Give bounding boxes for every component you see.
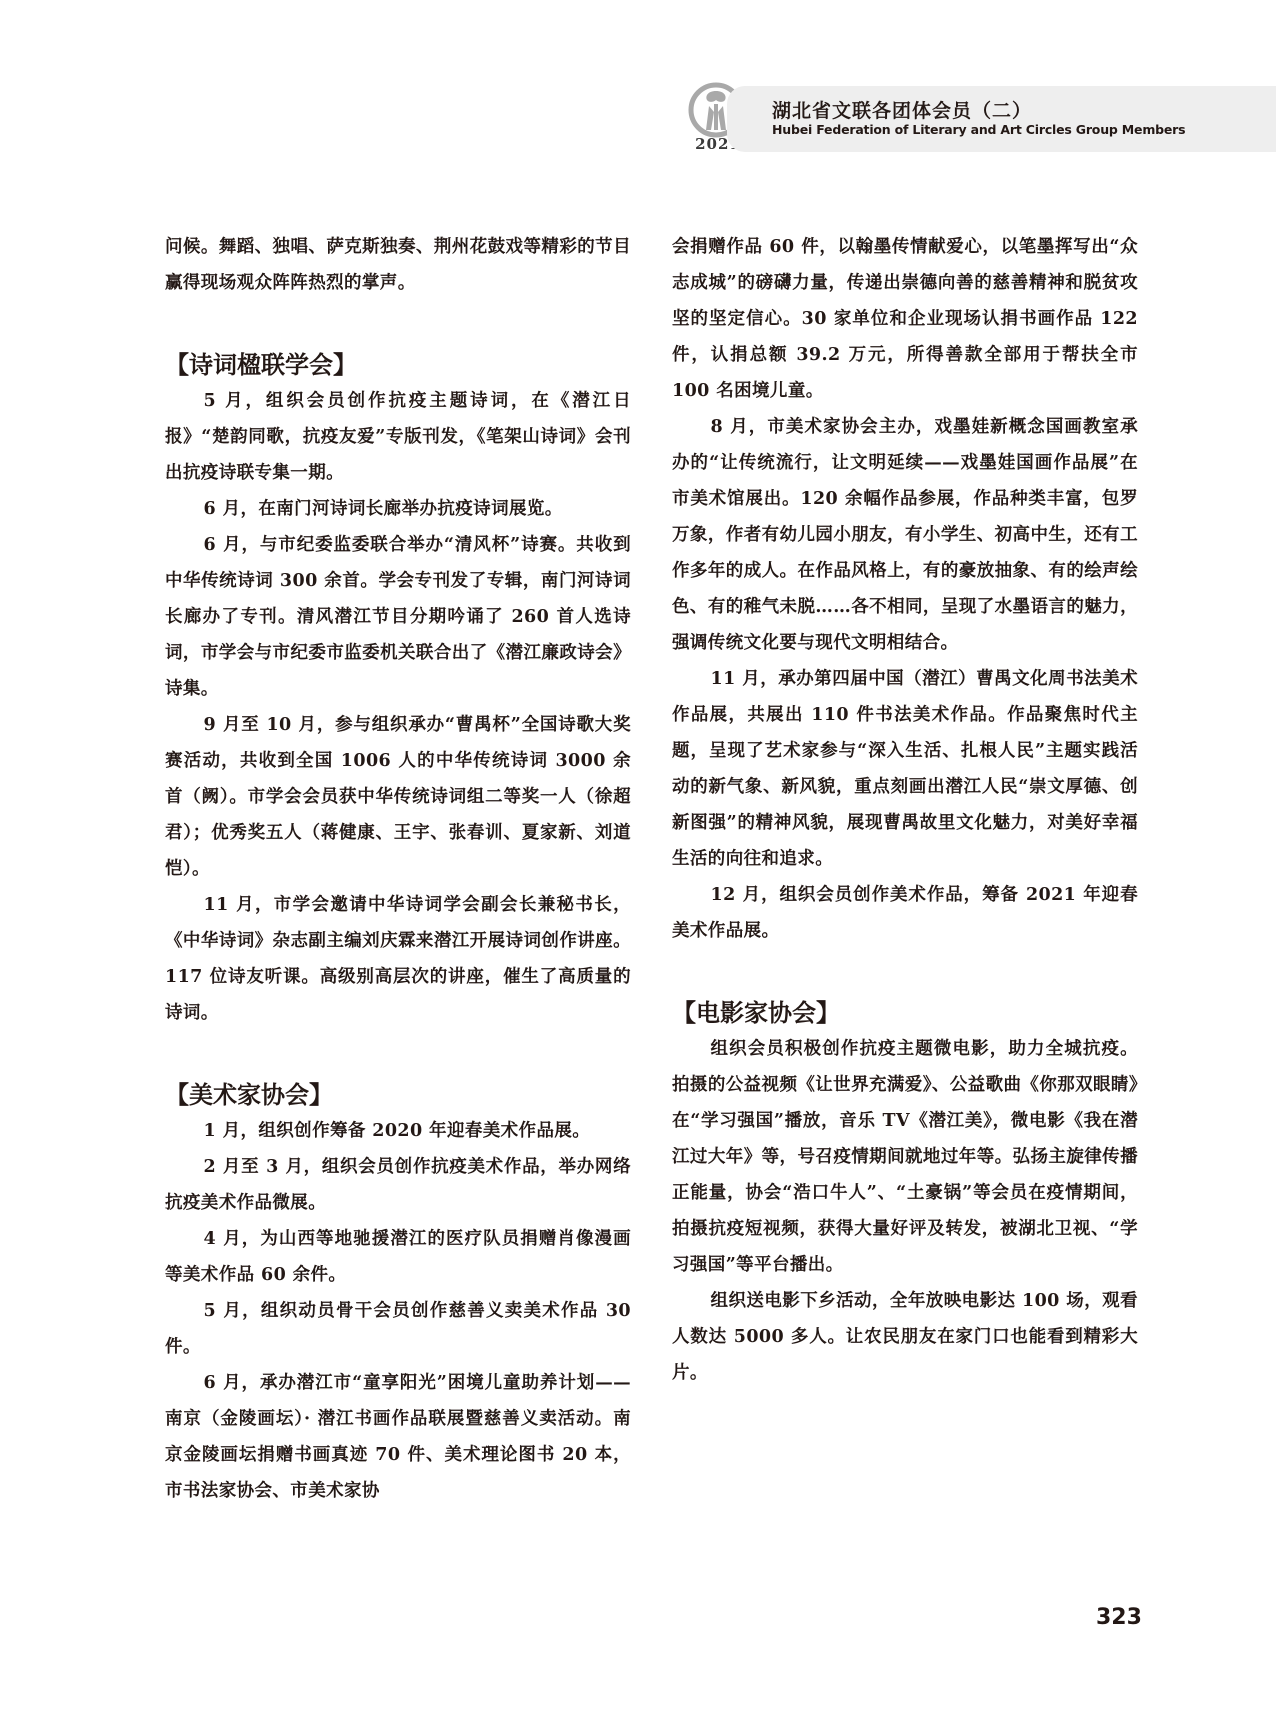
page-header: 2021 湖北省文联各团体会员（二） Hubei Federation of L… bbox=[0, 0, 1276, 170]
section-heading-artists-association: 【美术家协会】 bbox=[165, 1077, 631, 1113]
paragraph: 6 月，与市纪委监委联合举办“清风杯”诗赛。共收到中华传统诗词 300 余首。学… bbox=[165, 527, 631, 707]
paragraph: 组织会员积极创作抗疫主题微电影，助力全城抗疫。拍摄的公益视频《让世界充满爱》、公… bbox=[672, 1031, 1138, 1283]
paragraph: 12 月，组织会员创作美术作品，筹备 2021 年迎春美术作品展。 bbox=[672, 877, 1138, 949]
paragraph: 4 月，为山西等地驰援潜江的医疗队员捐赠肖像漫画等美术作品 60 余件。 bbox=[165, 1221, 631, 1293]
section-heading-film-association: 【电影家协会】 bbox=[672, 995, 1138, 1031]
paragraph: 9 月至 10 月，参与组织承办“曹禺杯”全国诗歌大奖赛活动，共收到全国 100… bbox=[165, 707, 631, 887]
page-number: 323 bbox=[1096, 1605, 1142, 1630]
intro-paragraph: 问候。舞蹈、独唱、萨克斯独奏、荆州花鼓戏等精彩的节目赢得现场观众阵阵热烈的掌声。 bbox=[165, 229, 631, 301]
paragraph: 6 月，承办潜江市“童享阳光”困境儿童助养计划——南京（金陵画坛）· 潜江书画作… bbox=[165, 1365, 631, 1509]
paragraph: 5 月，组织动员骨干会员创作慈善义卖美术作品 30 件。 bbox=[165, 1293, 631, 1365]
paragraph: 11 月，承办第四届中国（潜江）曹禺文化周书法美术作品展，共展出 110 件书法… bbox=[672, 661, 1138, 877]
left-column: 问候。舞蹈、独唱、萨克斯独奏、荆州花鼓戏等精彩的节目赢得现场观众阵阵热烈的掌声。… bbox=[165, 229, 631, 1509]
right-column: 会捐赠作品 60 件，以翰墨传情献爱心，以笔墨挥写出“众志成城”的磅礴力量，传递… bbox=[672, 229, 1138, 1391]
paragraph: 组织送电影下乡活动，全年放映电影达 100 场，观看人数达 5000 多人。让农… bbox=[672, 1283, 1138, 1391]
paragraph: 6 月，在南门河诗词长廊举办抗疫诗词展览。 bbox=[165, 491, 631, 527]
header-title-en: Hubei Federation of Literary and Art Cir… bbox=[772, 122, 1185, 137]
paragraph: 2 月至 3 月，组织会员创作抗疫美术作品，举办网络抗疫美术作品微展。 bbox=[165, 1149, 631, 1221]
paragraph: 11 月，市学会邀请中华诗词学会副会长兼秘书长，《中华诗词》杂志副主编刘庆霖来潜… bbox=[165, 887, 631, 1031]
header-title-cn: 湖北省文联各团体会员（二） bbox=[772, 96, 1032, 123]
paragraph: 5 月，组织会员创作抗疫主题诗词，在《潜江日报》“楚韵同歌，抗疫友爱”专版刊发，… bbox=[165, 383, 631, 491]
paragraph: 8 月，市美术家协会主办，戏墨娃新概念国画教室承办的“让传统流行，让文明延续——… bbox=[672, 409, 1138, 661]
paragraph: 1 月，组织创作筹备 2020 年迎春美术作品展。 bbox=[165, 1113, 631, 1149]
section-heading-poetry-association: 【诗词楹联学会】 bbox=[165, 347, 631, 383]
continuation-paragraph: 会捐赠作品 60 件，以翰墨传情献爱心，以笔墨挥写出“众志成城”的磅礴力量，传递… bbox=[672, 229, 1138, 409]
